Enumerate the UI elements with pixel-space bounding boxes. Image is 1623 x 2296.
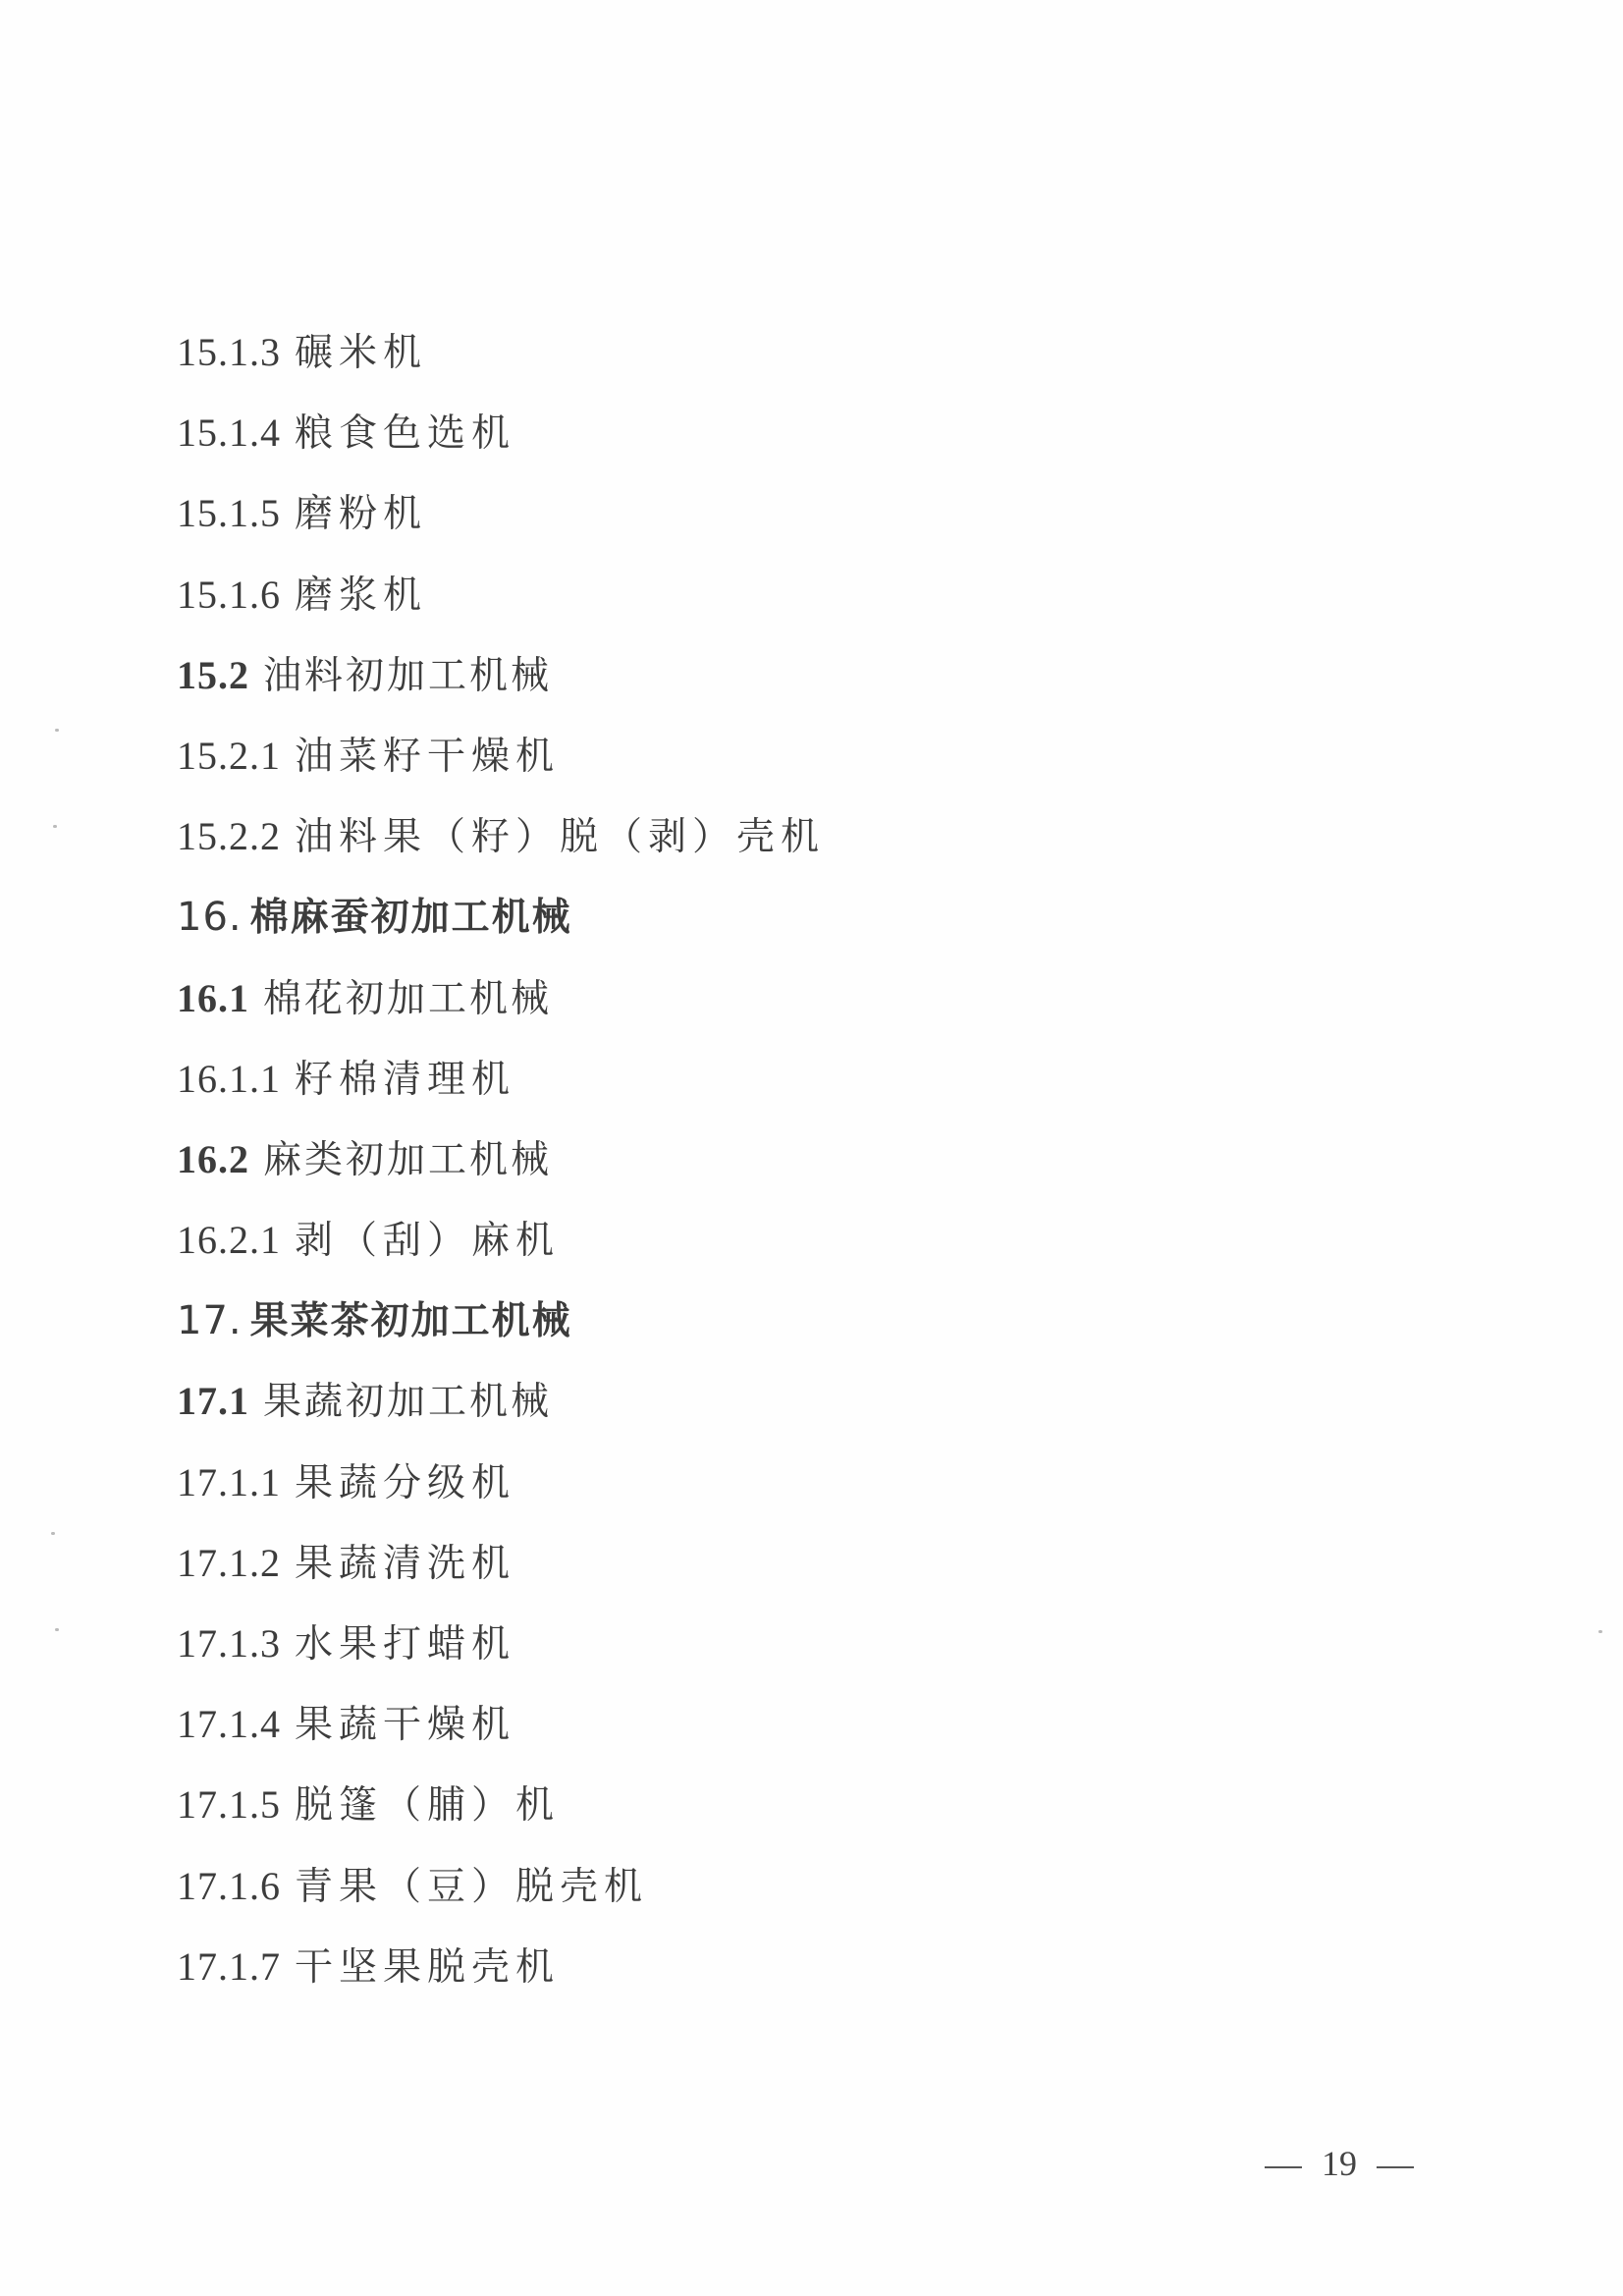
scan-speck [55, 729, 59, 732]
chapter-heading: 17.果菜茶初加工机械 [177, 1281, 825, 1361]
list-item: 15.2.1油菜籽干燥机 [177, 716, 825, 796]
entry-number: 15.2.2 [177, 796, 281, 877]
entry-text: 油料果（籽）脱（剥）壳机 [295, 815, 825, 859]
entry-text: 果蔬初加工机械 [263, 1380, 552, 1424]
entry-number: 15.1.4 [177, 393, 281, 473]
page-number-footer: 19 [1245, 2143, 1434, 2184]
list-item: 15.1.5磨粉机 [177, 473, 825, 554]
entry-text: 粮食色选机 [295, 411, 515, 456]
section-heading: 17.1果蔬初加工机械 [177, 1361, 825, 1442]
entry-text: 棉麻蚕初加工机械 [250, 896, 572, 940]
list-item: 17.1.7干坚果脱壳机 [177, 1927, 825, 2007]
list-item: 16.2.1剥（刮）麻机 [177, 1200, 825, 1281]
entry-text: 干坚果脱壳机 [295, 1945, 560, 1990]
list-item: 17.1.4果蔬干燥机 [177, 1684, 825, 1765]
entry-number: 15.1.5 [177, 473, 281, 554]
list-item: 17.1.5脱篷（脯）机 [177, 1765, 825, 1845]
entry-text: 磨粉机 [295, 492, 427, 536]
list-item: 15.1.6磨浆机 [177, 555, 825, 635]
entry-number: 15.1.6 [177, 555, 281, 635]
entry-number: 16.2.1 [177, 1200, 281, 1281]
entry-text: 青果（豆）脱壳机 [295, 1865, 648, 1909]
entry-text: 果菜茶初加工机械 [250, 1299, 572, 1343]
entry-number: 17.1.1 [177, 1443, 281, 1523]
scan-speck [55, 1628, 59, 1631]
scan-speck [51, 1532, 55, 1535]
dash-right [1377, 2166, 1414, 2168]
section-heading: 15.2油料初加工机械 [177, 635, 825, 716]
entry-number: 17.1.6 [177, 1846, 281, 1927]
scan-speck [1598, 1630, 1602, 1633]
entry-number: 15.2 [177, 635, 249, 716]
entry-text: 果蔬清洗机 [295, 1542, 515, 1586]
entry-text: 磨浆机 [295, 574, 427, 618]
entry-text: 剥（刮）麻机 [295, 1219, 560, 1263]
entry-text: 碾米机 [295, 331, 427, 375]
list-item: 17.1.2果蔬清洗机 [177, 1523, 825, 1604]
entry-number: 16. [177, 877, 243, 957]
dash-left [1265, 2166, 1302, 2168]
entry-text: 脱篷（脯）机 [295, 1783, 560, 1828]
entry-number: 16.2 [177, 1120, 249, 1200]
entry-text: 油料初加工机械 [263, 654, 552, 698]
entry-text: 果蔬干燥机 [295, 1703, 515, 1747]
section-heading: 16.1棉花初加工机械 [177, 958, 825, 1039]
entry-text: 籽棉清理机 [295, 1058, 515, 1102]
scan-speck [53, 825, 57, 828]
entry-text: 果蔬分级机 [295, 1461, 515, 1505]
chapter-heading: 16.棉麻蚕初加工机械 [177, 877, 825, 957]
entry-number: 16.1 [177, 958, 249, 1039]
entry-text: 棉花初加工机械 [263, 977, 552, 1021]
entry-number: 17.1.7 [177, 1927, 281, 2007]
entry-number: 17.1.3 [177, 1604, 281, 1684]
section-heading: 16.2麻类初加工机械 [177, 1120, 825, 1200]
list-item: 15.1.4粮食色选机 [177, 393, 825, 473]
list-item: 15.1.3碾米机 [177, 312, 825, 393]
entry-number: 15.1.3 [177, 312, 281, 393]
entry-text: 油菜籽干燥机 [295, 735, 560, 779]
entry-number: 17. [177, 1281, 243, 1361]
list-item: 16.1.1籽棉清理机 [177, 1039, 825, 1120]
document-page: 15.1.3碾米机 15.1.4粮食色选机 15.1.5磨粉机 15.1.6磨浆… [0, 0, 1623, 2296]
list-item: 17.1.3水果打蜡机 [177, 1604, 825, 1684]
entry-number: 15.2.1 [177, 716, 281, 796]
entry-text: 水果打蜡机 [295, 1622, 515, 1667]
entry-number: 17.1.2 [177, 1523, 281, 1604]
entry-number: 17.1.4 [177, 1684, 281, 1765]
entry-number: 17.1 [177, 1361, 249, 1442]
equipment-category-list: 15.1.3碾米机 15.1.4粮食色选机 15.1.5磨粉机 15.1.6磨浆… [177, 312, 825, 2007]
page-number: 19 [1322, 2144, 1357, 2183]
list-item: 17.1.1果蔬分级机 [177, 1443, 825, 1523]
entry-number: 17.1.5 [177, 1765, 281, 1845]
list-item: 17.1.6青果（豆）脱壳机 [177, 1846, 825, 1927]
entry-number: 16.1.1 [177, 1039, 281, 1120]
entry-text: 麻类初加工机械 [263, 1138, 552, 1182]
list-item: 15.2.2油料果（籽）脱（剥）壳机 [177, 796, 825, 877]
